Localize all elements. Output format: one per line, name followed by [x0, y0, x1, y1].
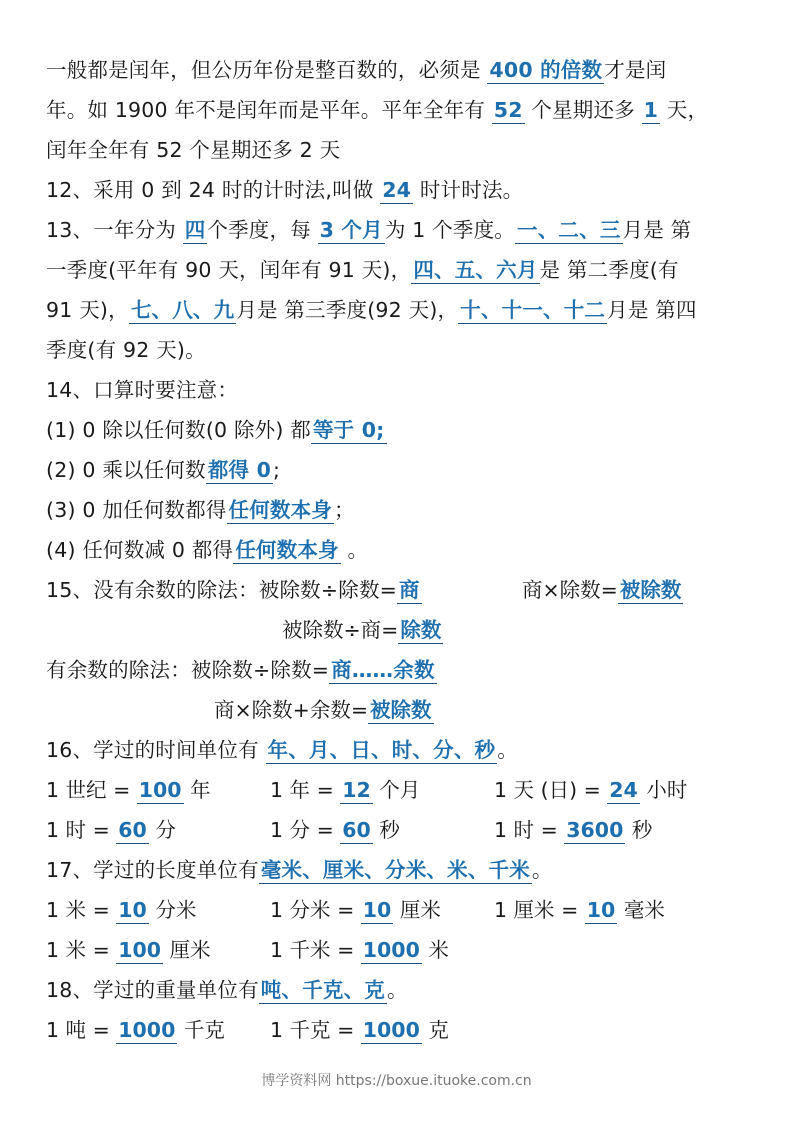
text: 月是 第四 [607, 298, 697, 322]
conversion-century: 1 世纪 = 100 年 [46, 776, 211, 804]
question-15-line-4: 商×除数+余数=被除数 [214, 696, 434, 724]
text: (4) 任何数减 0 都得 [46, 538, 233, 562]
answer-blank: 被除数 [618, 577, 684, 604]
answer-blank: 除数 [398, 617, 443, 644]
text: 16、学过的时间单位有 [46, 738, 266, 762]
text: 秒 [625, 818, 652, 842]
text: ； [334, 498, 355, 522]
text: 分 [149, 818, 176, 842]
answer-blank: 年、月、日、时、分、秒 [266, 737, 498, 764]
text: 1 分米 = [270, 898, 361, 922]
text: 1 米 = [46, 898, 116, 922]
answer-blank: 10 [116, 897, 149, 924]
question-15-line-2: 被除数÷商=除数 [282, 616, 443, 644]
text: 分米 [149, 898, 197, 922]
text: 秒 [373, 818, 400, 842]
answer-blank: 十、十一、十二 [458, 297, 607, 324]
question-14-title: 14、口算时要注意： [46, 376, 238, 404]
answer-blank: 都得 0 [206, 457, 273, 484]
text: 。 [341, 538, 368, 562]
text: 商×除数+余数= [214, 698, 368, 722]
text: ; [273, 458, 280, 482]
question-12: 12、采用 0 到 24 时的计时法,叫做 24 时计时法。 [46, 176, 523, 204]
intro-line-1: 一般都是闰年，但公历年份是整百数的，必须是 400 的倍数才是闰 [46, 56, 666, 84]
footer-watermark: 博学资料网 https://boxue.ituoke.com.cn [0, 1070, 793, 1090]
text: 年 [184, 778, 211, 802]
answer-blank: 400 的倍数 [487, 57, 604, 84]
text: 。 [497, 738, 518, 762]
question-14-item-4: (4) 任何数减 0 都得任何数本身 。 [46, 536, 368, 564]
text: 15、没有余数的除法：被除数÷除数= [46, 578, 397, 602]
answer-blank: 商 [397, 577, 422, 604]
text: 商×除数= [522, 578, 618, 602]
answer-blank: 任何数本身 [227, 497, 335, 524]
answer-blank: 60 [116, 817, 149, 844]
question-14-item-1: (1) 0 除以任何数(0 除外) 都等于 0; [46, 416, 387, 444]
conversion-m-cm: 1 米 = 100 厘米 [46, 936, 211, 964]
question-15-line-1: 15、没有余数的除法：被除数÷除数=商 [46, 576, 422, 604]
answer-blank: 商……余数 [329, 657, 437, 684]
text: 1 世纪 = [46, 778, 137, 802]
answer-blank: 12 [340, 777, 373, 804]
conversion-hour-min: 1 时 = 60 分 [46, 816, 176, 844]
conversion-m-dm: 1 米 = 10 分米 [46, 896, 196, 924]
text: 13、一年分为 [46, 218, 183, 242]
text: 个星期还多 [525, 98, 642, 122]
text: 1 千米 = [270, 938, 361, 962]
text: 克 [422, 1018, 449, 1042]
answer-blank: 10 [585, 897, 618, 924]
answer-blank: 100 [116, 937, 163, 964]
question-15-line-1-right: 商×除数=被除数 [522, 576, 683, 604]
answer-blank: 毫米、厘米、分米、米、千米 [259, 857, 532, 884]
conversion-cm-mm: 1 厘米 = 10 毫米 [494, 896, 665, 924]
text: 米 [422, 938, 449, 962]
text: 1 米 = [46, 938, 116, 962]
text: 12、采用 0 到 24 时的计时法,叫做 [46, 178, 380, 202]
answer-blank: 10 [361, 897, 394, 924]
intro-line-2: 年。如 1900 年不是闰年而是平年。平年全年有 52 个星期还多 1 天， [46, 96, 708, 124]
text: 17、学过的长度单位有 [46, 858, 259, 882]
question-18-title: 18、学过的重量单位有吨、千克、克。 [46, 976, 408, 1004]
text: 年。如 1900 年不是闰年而是平年。平年全年有 [46, 98, 492, 122]
text: 1 千克 = [270, 1018, 361, 1042]
question-16-title: 16、学过的时间单位有 年、月、日、时、分、秒。 [46, 736, 518, 764]
answer-blank: 3600 [564, 817, 625, 844]
answer-blank: 3 个月 [318, 217, 385, 244]
answer-blank: 四、五、六月 [411, 257, 539, 284]
text: 月是 第 [623, 218, 692, 242]
conversion-t-kg: 1 吨 = 1000 千克 [46, 1016, 225, 1044]
conversion-year: 1 年 = 12 个月 [270, 776, 420, 804]
text: 月是 第三季度(92 天)， [236, 298, 458, 322]
question-13-line-2: 一季度(平年有 90 天，闰年有 91 天)，四、五、六月是 第二季度(有 [46, 256, 679, 284]
question-15-line-3: 有余数的除法：被除数÷除数=商……余数 [46, 656, 437, 684]
text: 。 [387, 978, 408, 1002]
answer-blank: 52 [492, 97, 525, 124]
text: (1) 0 除以任何数(0 除外) 都 [46, 418, 311, 442]
answer-blank: 60 [340, 817, 373, 844]
text: (3) 0 加任何数都得 [46, 498, 227, 522]
text: 一般都是闰年，但公历年份是整百数的，必须是 [46, 58, 487, 82]
conversion-kg-g: 1 千克 = 1000 克 [270, 1016, 449, 1044]
intro-line-3: 闰年全年有 52 个星期还多 2 天 [46, 136, 340, 164]
text: 1 天 (日) = [494, 778, 607, 802]
text: 天， [660, 98, 708, 122]
text: 1 分 = [270, 818, 340, 842]
text: 才是闰 [604, 58, 666, 82]
conversion-dm-cm: 1 分米 = 10 厘米 [270, 896, 441, 924]
text: 91 天)， [46, 298, 129, 322]
answer-blank: 1000 [116, 1017, 177, 1044]
text: 是 第二季度(有 [540, 258, 679, 282]
text: 千克 [177, 1018, 225, 1042]
answer-blank: 四 [183, 217, 208, 244]
text: 1 吨 = [46, 1018, 116, 1042]
question-13-line-3: 91 天)，七、八、九月是 第三季度(92 天)，十、十一、十二月是 第四 [46, 296, 697, 324]
text: 18、学过的重量单位有 [46, 978, 259, 1002]
text: 1 时 = [494, 818, 564, 842]
answer-blank: 1000 [361, 937, 422, 964]
text: 毫米 [617, 898, 665, 922]
answer-blank: 被除数 [368, 697, 434, 724]
text: 时计时法。 [413, 178, 523, 202]
question-14-item-2: (2) 0 乘以任何数都得 0; [46, 456, 280, 484]
answer-blank: 1 [642, 97, 660, 124]
answer-blank: 任何数本身 [233, 537, 341, 564]
text: 被除数÷商= [282, 618, 398, 642]
text: 1 厘米 = [494, 898, 585, 922]
question-13-line-4: 季度(有 92 天)。 [46, 336, 206, 364]
question-17-title: 17、学过的长度单位有毫米、厘米、分米、米、千米。 [46, 856, 553, 884]
conversion-hour-sec: 1 时 = 3600 秒 [494, 816, 652, 844]
text: 厘米 [393, 898, 441, 922]
conversion-day: 1 天 (日) = 24 小时 [494, 776, 687, 804]
answer-blank: 吨、千克、克 [259, 977, 387, 1004]
text: 。 [532, 858, 553, 882]
answer-blank: 100 [137, 777, 184, 804]
text: 为 1 个季度。 [385, 218, 515, 242]
text: 小时 [640, 778, 688, 802]
question-14-item-3: (3) 0 加任何数都得任何数本身； [46, 496, 355, 524]
text: 一季度(平年有 90 天，闰年有 91 天)， [46, 258, 411, 282]
conversion-km-m: 1 千米 = 1000 米 [270, 936, 449, 964]
answer-blank: 1000 [361, 1017, 422, 1044]
text: 个季度，每 [207, 218, 317, 242]
answer-blank: 等于 0; [311, 417, 387, 444]
question-13-line-1: 13、一年分为 四个季度，每 3 个月为 1 个季度。一、二、三月是 第 [46, 216, 691, 244]
text: 个月 [373, 778, 421, 802]
text: 厘米 [163, 938, 211, 962]
text: 有余数的除法：被除数÷除数= [46, 658, 329, 682]
answer-blank: 24 [607, 777, 640, 804]
answer-blank: 七、八、九 [129, 297, 237, 324]
answer-blank: 一、二、三 [515, 217, 623, 244]
text: (2) 0 乘以任何数 [46, 458, 206, 482]
answer-blank: 24 [380, 177, 413, 204]
text: 1 时 = [46, 818, 116, 842]
conversion-min-sec: 1 分 = 60 秒 [270, 816, 400, 844]
text: 1 年 = [270, 778, 340, 802]
